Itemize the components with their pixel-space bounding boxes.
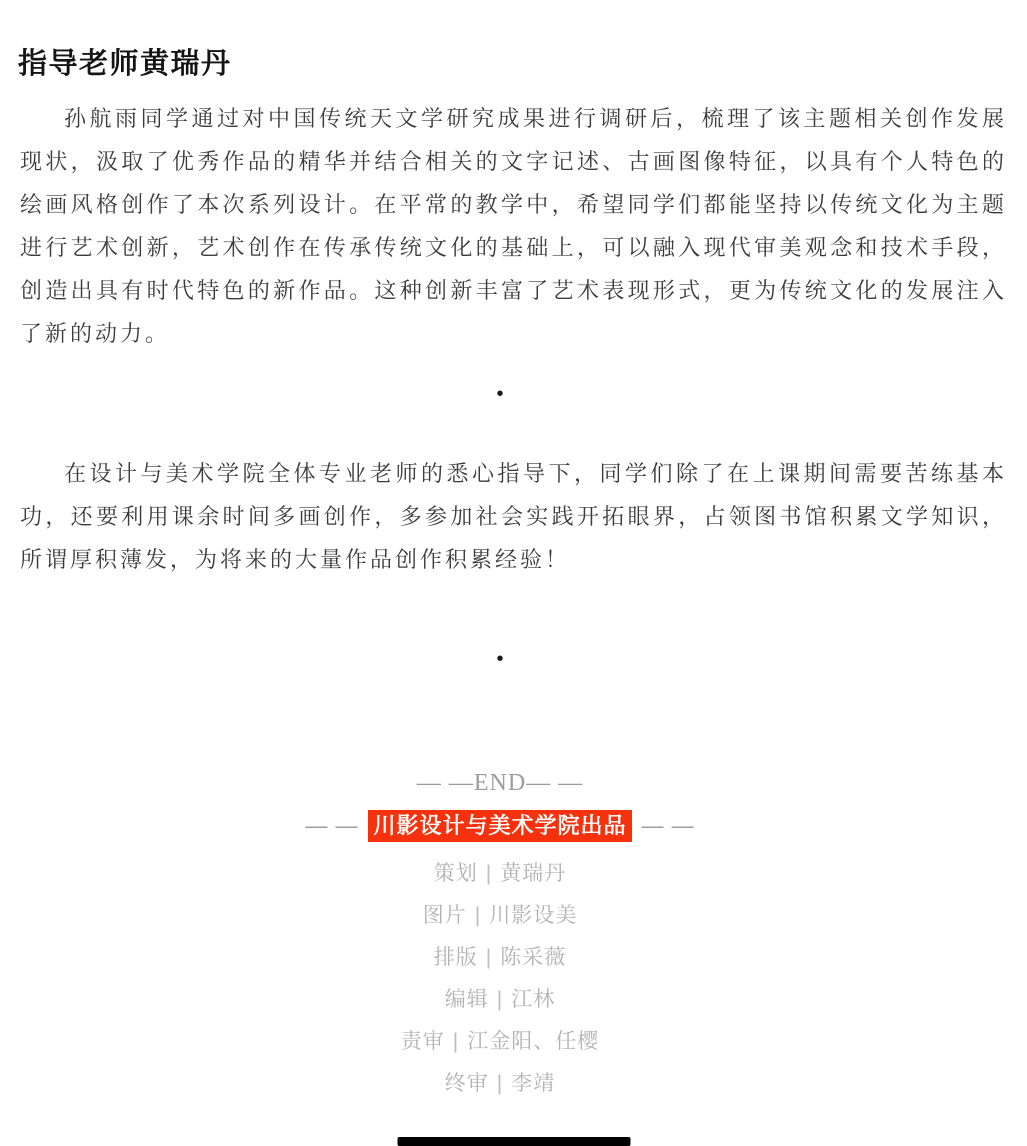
production-highlight: 川影设计与美术学院出品 (368, 810, 631, 842)
credit-name: 黄瑞丹 (500, 862, 566, 885)
credit-name: 江林 (511, 988, 555, 1011)
credit-role: 终审 (445, 1072, 489, 1095)
page-title: 指导老师黄瑞丹 (18, 41, 232, 82)
credit-row-layout: 排版|陈采薇 (0, 937, 1000, 979)
credit-row-editor: 编辑|江林 (0, 979, 1000, 1021)
section-separator-dot-1: • (0, 384, 1000, 404)
credit-separator: | (489, 988, 511, 1011)
credit-separator: | (489, 1072, 511, 1095)
credit-separator: | (445, 1030, 467, 1053)
credit-role: 排版 (434, 946, 478, 969)
article-paragraph-1: 孙航雨同学通过对中国传统天文学研究成果进行调研后，梳理了该主题相关创作发展现状，… (20, 97, 1007, 355)
production-credit-line: — —川影设计与美术学院出品— — (0, 810, 1000, 842)
credits-list: 策划|黄瑞丹 图片|川影设美 排版|陈采薇 编辑|江林 责审|江金阳、任樱 终审… (0, 853, 1000, 1105)
production-dash-suffix: — — (642, 813, 695, 838)
credit-separator: | (478, 946, 500, 969)
end-marker: — —END— — (0, 770, 1000, 797)
credit-name: 李靖 (511, 1072, 555, 1095)
credit-row-images: 图片|川影设美 (0, 895, 1000, 937)
section-separator-dot-2: • (0, 649, 1000, 669)
credit-name: 川影设美 (489, 904, 577, 927)
credit-role: 策划 (434, 862, 478, 885)
credit-separator: | (467, 904, 489, 927)
credit-row-reviewer: 责审|江金阳、任樱 (0, 1021, 1000, 1063)
credit-role: 责审 (401, 1030, 445, 1053)
credit-row-final-reviewer: 终审|李靖 (0, 1063, 1000, 1105)
article-paragraph-2: 在设计与美术学院全体专业老师的悉心指导下，同学们除了在上课期间需要苦练基本功，还… (20, 452, 1007, 581)
article-page: 指导老师黄瑞丹 孙航雨同学通过对中国传统天文学研究成果进行调研后，梳理了该主题相… (0, 0, 1027, 1146)
credit-row-planning: 策划|黄瑞丹 (0, 853, 1000, 895)
credit-name: 陈采薇 (500, 946, 566, 969)
bottom-divider-bar (397, 1137, 630, 1146)
production-dash-prefix: — — (305, 813, 358, 838)
credit-name: 江金阳、任樱 (467, 1030, 599, 1053)
credit-role: 编辑 (445, 988, 489, 1011)
credit-separator: | (478, 862, 500, 885)
credit-role: 图片 (423, 904, 467, 927)
